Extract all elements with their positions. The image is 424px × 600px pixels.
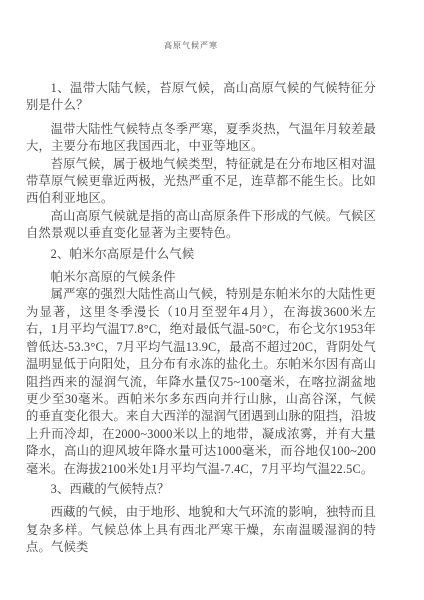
body-paragraph: 苔原气候，属于极地气候类型，特征就是在分布地区相对温带草原气候更靠近两极，光热严…	[26, 156, 376, 208]
body-paragraph: 温带大陆性气候特点冬季严寒，夏季炎热，气温年月较差最大，主要分布地区我国西北，中…	[26, 121, 376, 156]
body-paragraph: 帕米尔高原的气候条件	[26, 269, 376, 286]
body-paragraph: 高山高原气候就是指的高山高原条件下形成的气候。气候区自然景观以垂直变化显著为主要…	[26, 208, 376, 243]
question-paragraph: 2、帕米尔高原是什么气候	[26, 246, 376, 263]
body-paragraph: 西藏的气候，由于地形、地貌和大气环流的影响，独特而且复杂多样。气候总体上具有西北…	[26, 504, 376, 556]
document-page: 高原气候严寒 1、温带大陆气候，苔原气候，高山高原气候的气候特征分别是什么？温带…	[0, 0, 424, 600]
question-paragraph: 3、西藏的气候特点？	[26, 481, 376, 498]
question-paragraph: 1、温带大陆气候，苔原气候，高山高原气候的气候特征分别是什么？	[26, 80, 376, 115]
body-paragraph: 属严寒的强烈大陆性高山气候，特别是东帕米尔的大陆性更为显著，这里冬季漫长（10月…	[26, 286, 376, 477]
document-body: 1、温带大陆气候，苔原气候，高山高原气候的气候特征分别是什么？温带大陆性气候特点…	[26, 80, 376, 557]
document-title: 高原气候严寒	[16, 40, 366, 52]
